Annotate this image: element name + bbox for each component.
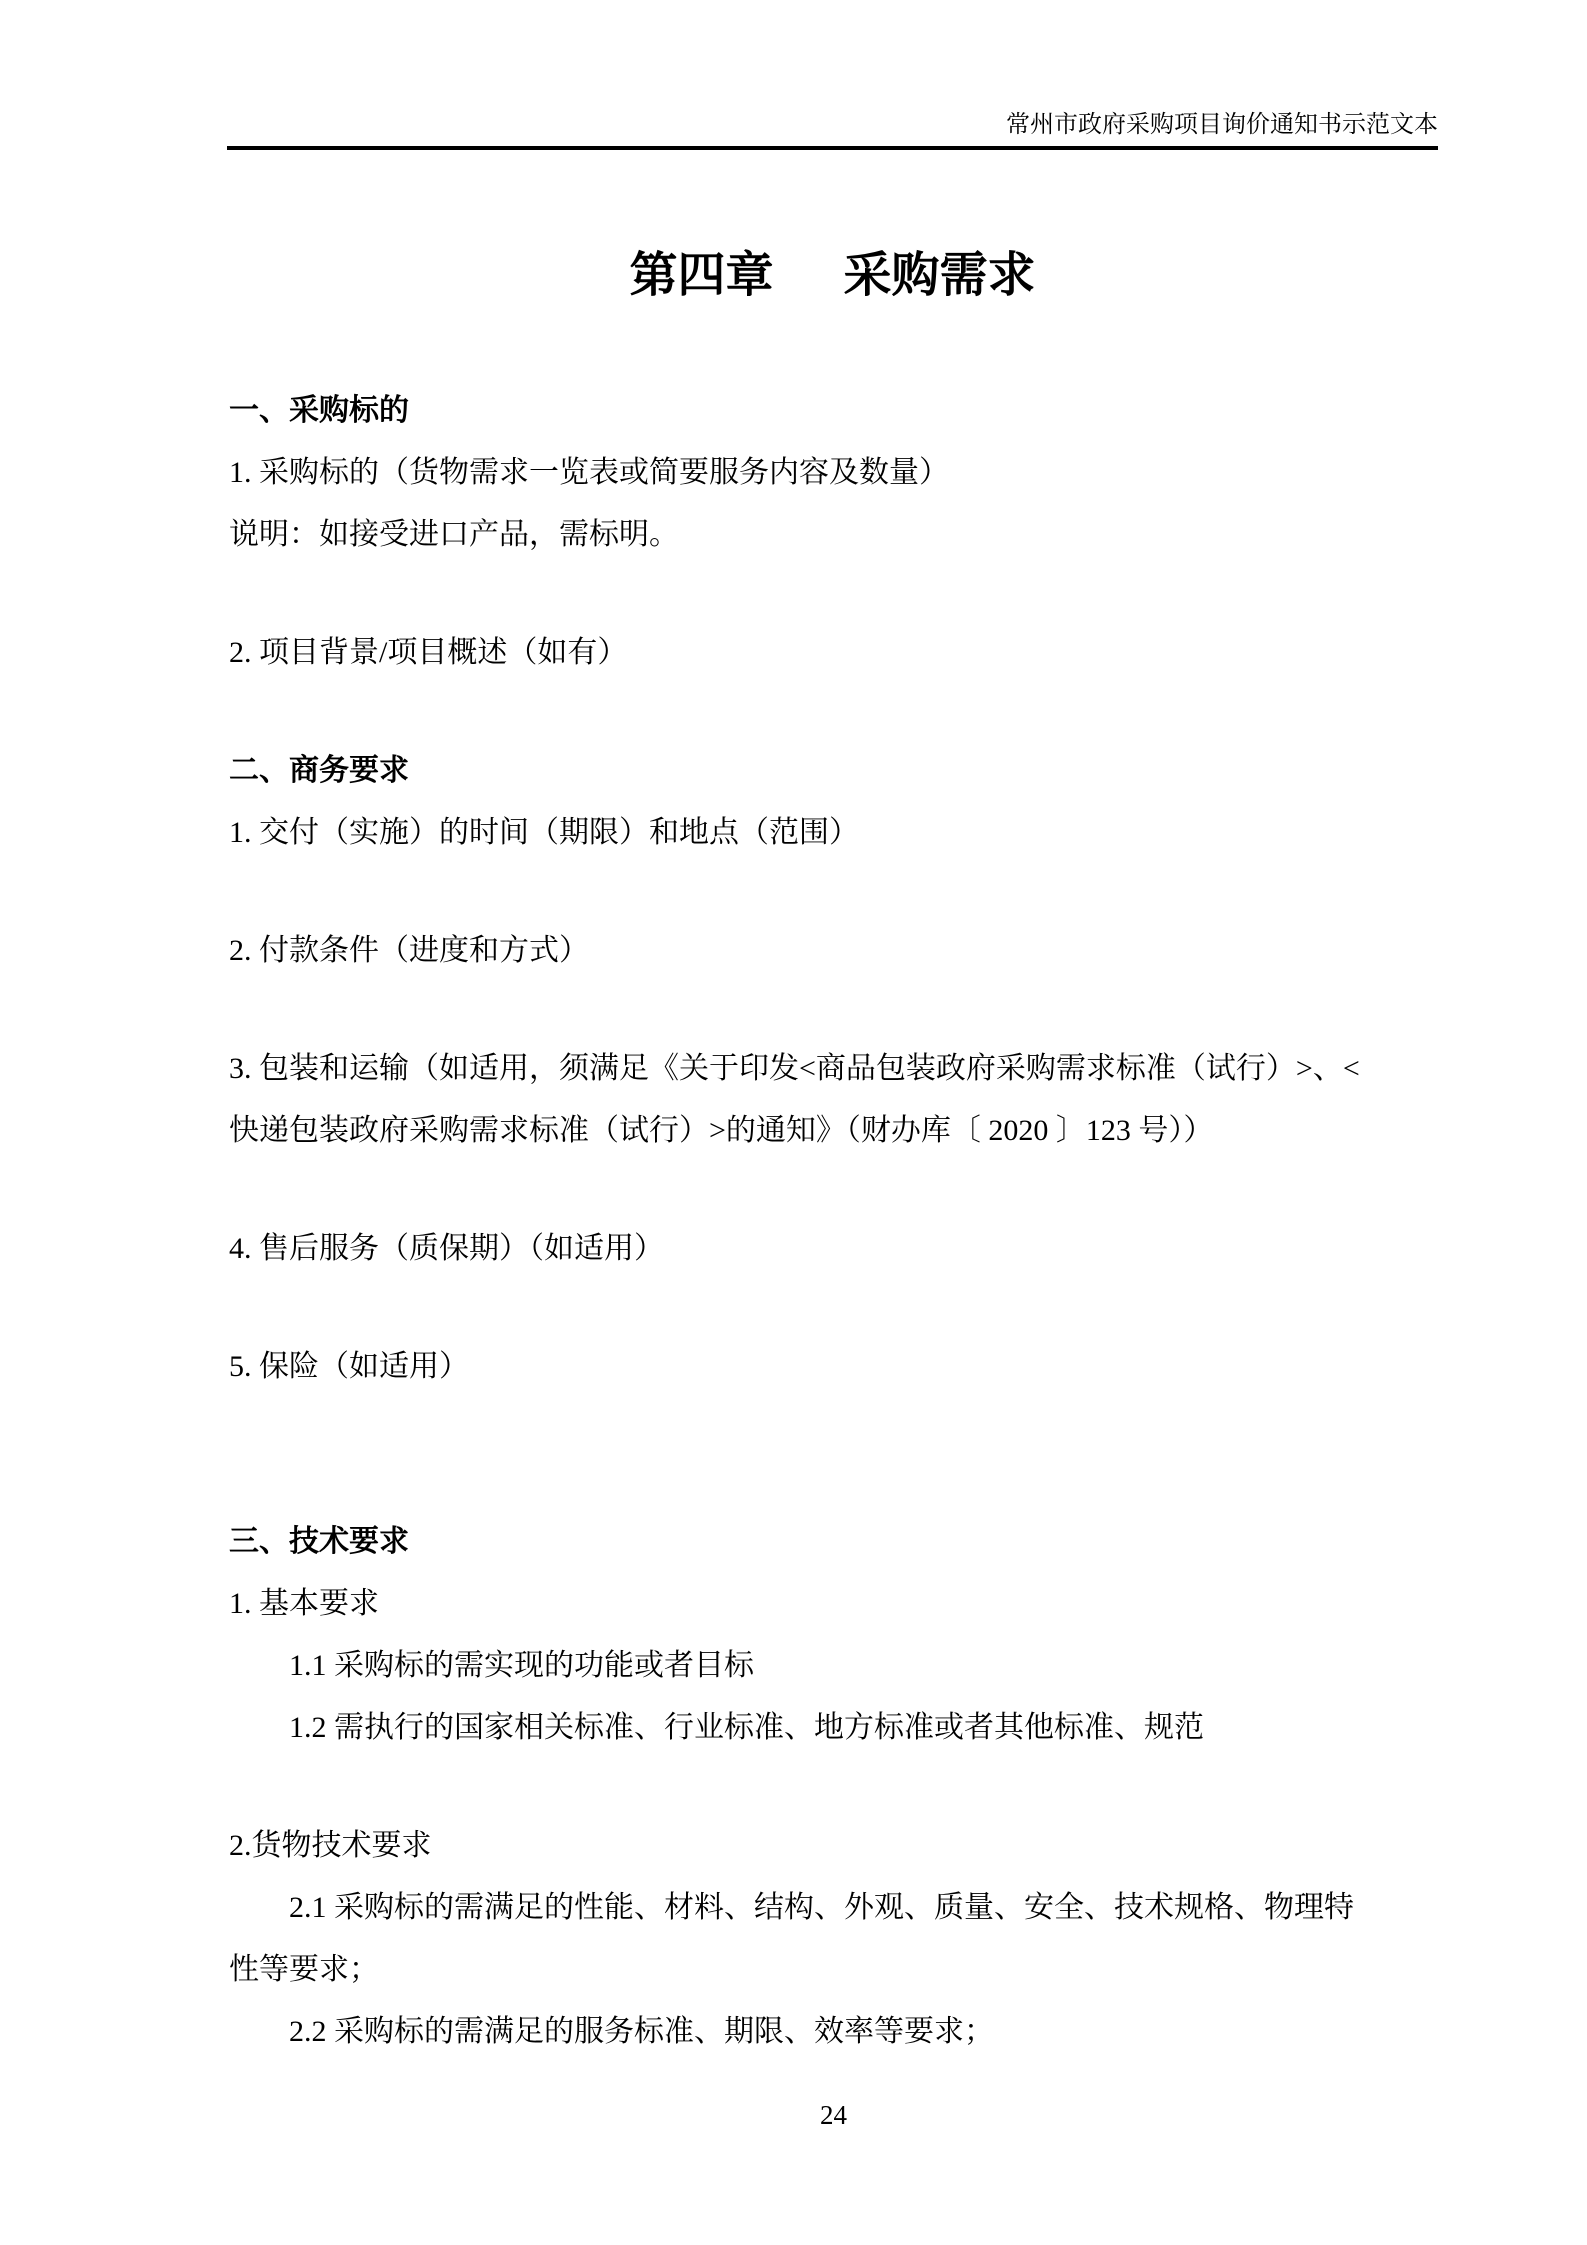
chapter-number: 第四章 — [629, 249, 773, 302]
blank-line — [229, 684, 1438, 740]
section-2-item-3-line-1: 3. 包装和运输（如适用，须满足《关于印发<商品包装政府采购需求标准（试行）>、… — [229, 1038, 1438, 1100]
section-1-note: 说明：如接受进口产品，需标明。 — [229, 504, 1438, 566]
section-2-item-1: 1. 交付（实施）的时间（期限）和地点（范围） — [229, 802, 1438, 864]
page-number: 24 — [229, 2096, 1438, 2134]
section-3-item-2: 2.货物技术要求 — [229, 1815, 1438, 1877]
section-2-item-4: 4. 售后服务（质保期）（如适用） — [229, 1218, 1438, 1280]
section-2-heading: 二、商务要求 — [229, 740, 1438, 802]
section-3-item-1-1: 1.1 采购标的需实现的功能或者目标 — [229, 1635, 1438, 1697]
blank-line — [229, 864, 1438, 920]
blank-line — [229, 1280, 1438, 1336]
section-3-item-1-2: 1.2 需执行的国家相关标准、行业标准、地方标准或者其他标准、规范 — [229, 1697, 1438, 1759]
section-3-heading: 三、技术要求 — [229, 1511, 1438, 1573]
document-body: 一、采购标的 1. 采购标的（货物需求一览表或简要服务内容及数量） 说明：如接受… — [229, 380, 1438, 2063]
blank-line — [229, 1759, 1438, 1815]
page-header: 常州市政府采购项目询价通知书示范文本 — [227, 0, 1438, 150]
section-3-item-1: 1. 基本要求 — [229, 1573, 1438, 1635]
section-2-item-3-line-2: 快递包装政府采购需求标准（试行）>的通知》（财办库〔 2020 〕123 号）） — [229, 1100, 1438, 1162]
document-page: 常州市政府采购项目询价通知书示范文本 第四章采购需求 一、采购标的 1. 采购标… — [0, 0, 1587, 2245]
section-3-item-2-1-line-2: 性等要求； — [229, 1939, 1438, 2001]
section-1-item-2: 2. 项目背景/项目概述（如有） — [229, 622, 1438, 684]
section-1-item-1: 1. 采购标的（货物需求一览表或简要服务内容及数量） — [229, 442, 1438, 504]
blank-block — [229, 1398, 1438, 1511]
section-1-heading: 一、采购标的 — [229, 380, 1438, 442]
section-3-item-2-1-line-1: 2.1 采购标的需满足的性能、材料、结构、外观、质量、安全、技术规格、物理特 — [229, 1877, 1438, 1939]
section-2-item-5: 5. 保险（如适用） — [229, 1336, 1438, 1398]
blank-line — [229, 1162, 1438, 1218]
doc-title-text: 常州市政府采购项目询价通知书示范文本 — [1006, 112, 1438, 138]
chapter-subject: 采购需求 — [844, 249, 1036, 302]
blank-line — [229, 566, 1438, 622]
section-3-item-2-2: 2.2 采购标的需满足的服务标准、期限、效率等要求； — [229, 2001, 1438, 2063]
chapter-title: 第四章采购需求 — [227, 244, 1438, 308]
blank-line — [229, 982, 1438, 1038]
section-2-item-2: 2. 付款条件（进度和方式） — [229, 920, 1438, 982]
